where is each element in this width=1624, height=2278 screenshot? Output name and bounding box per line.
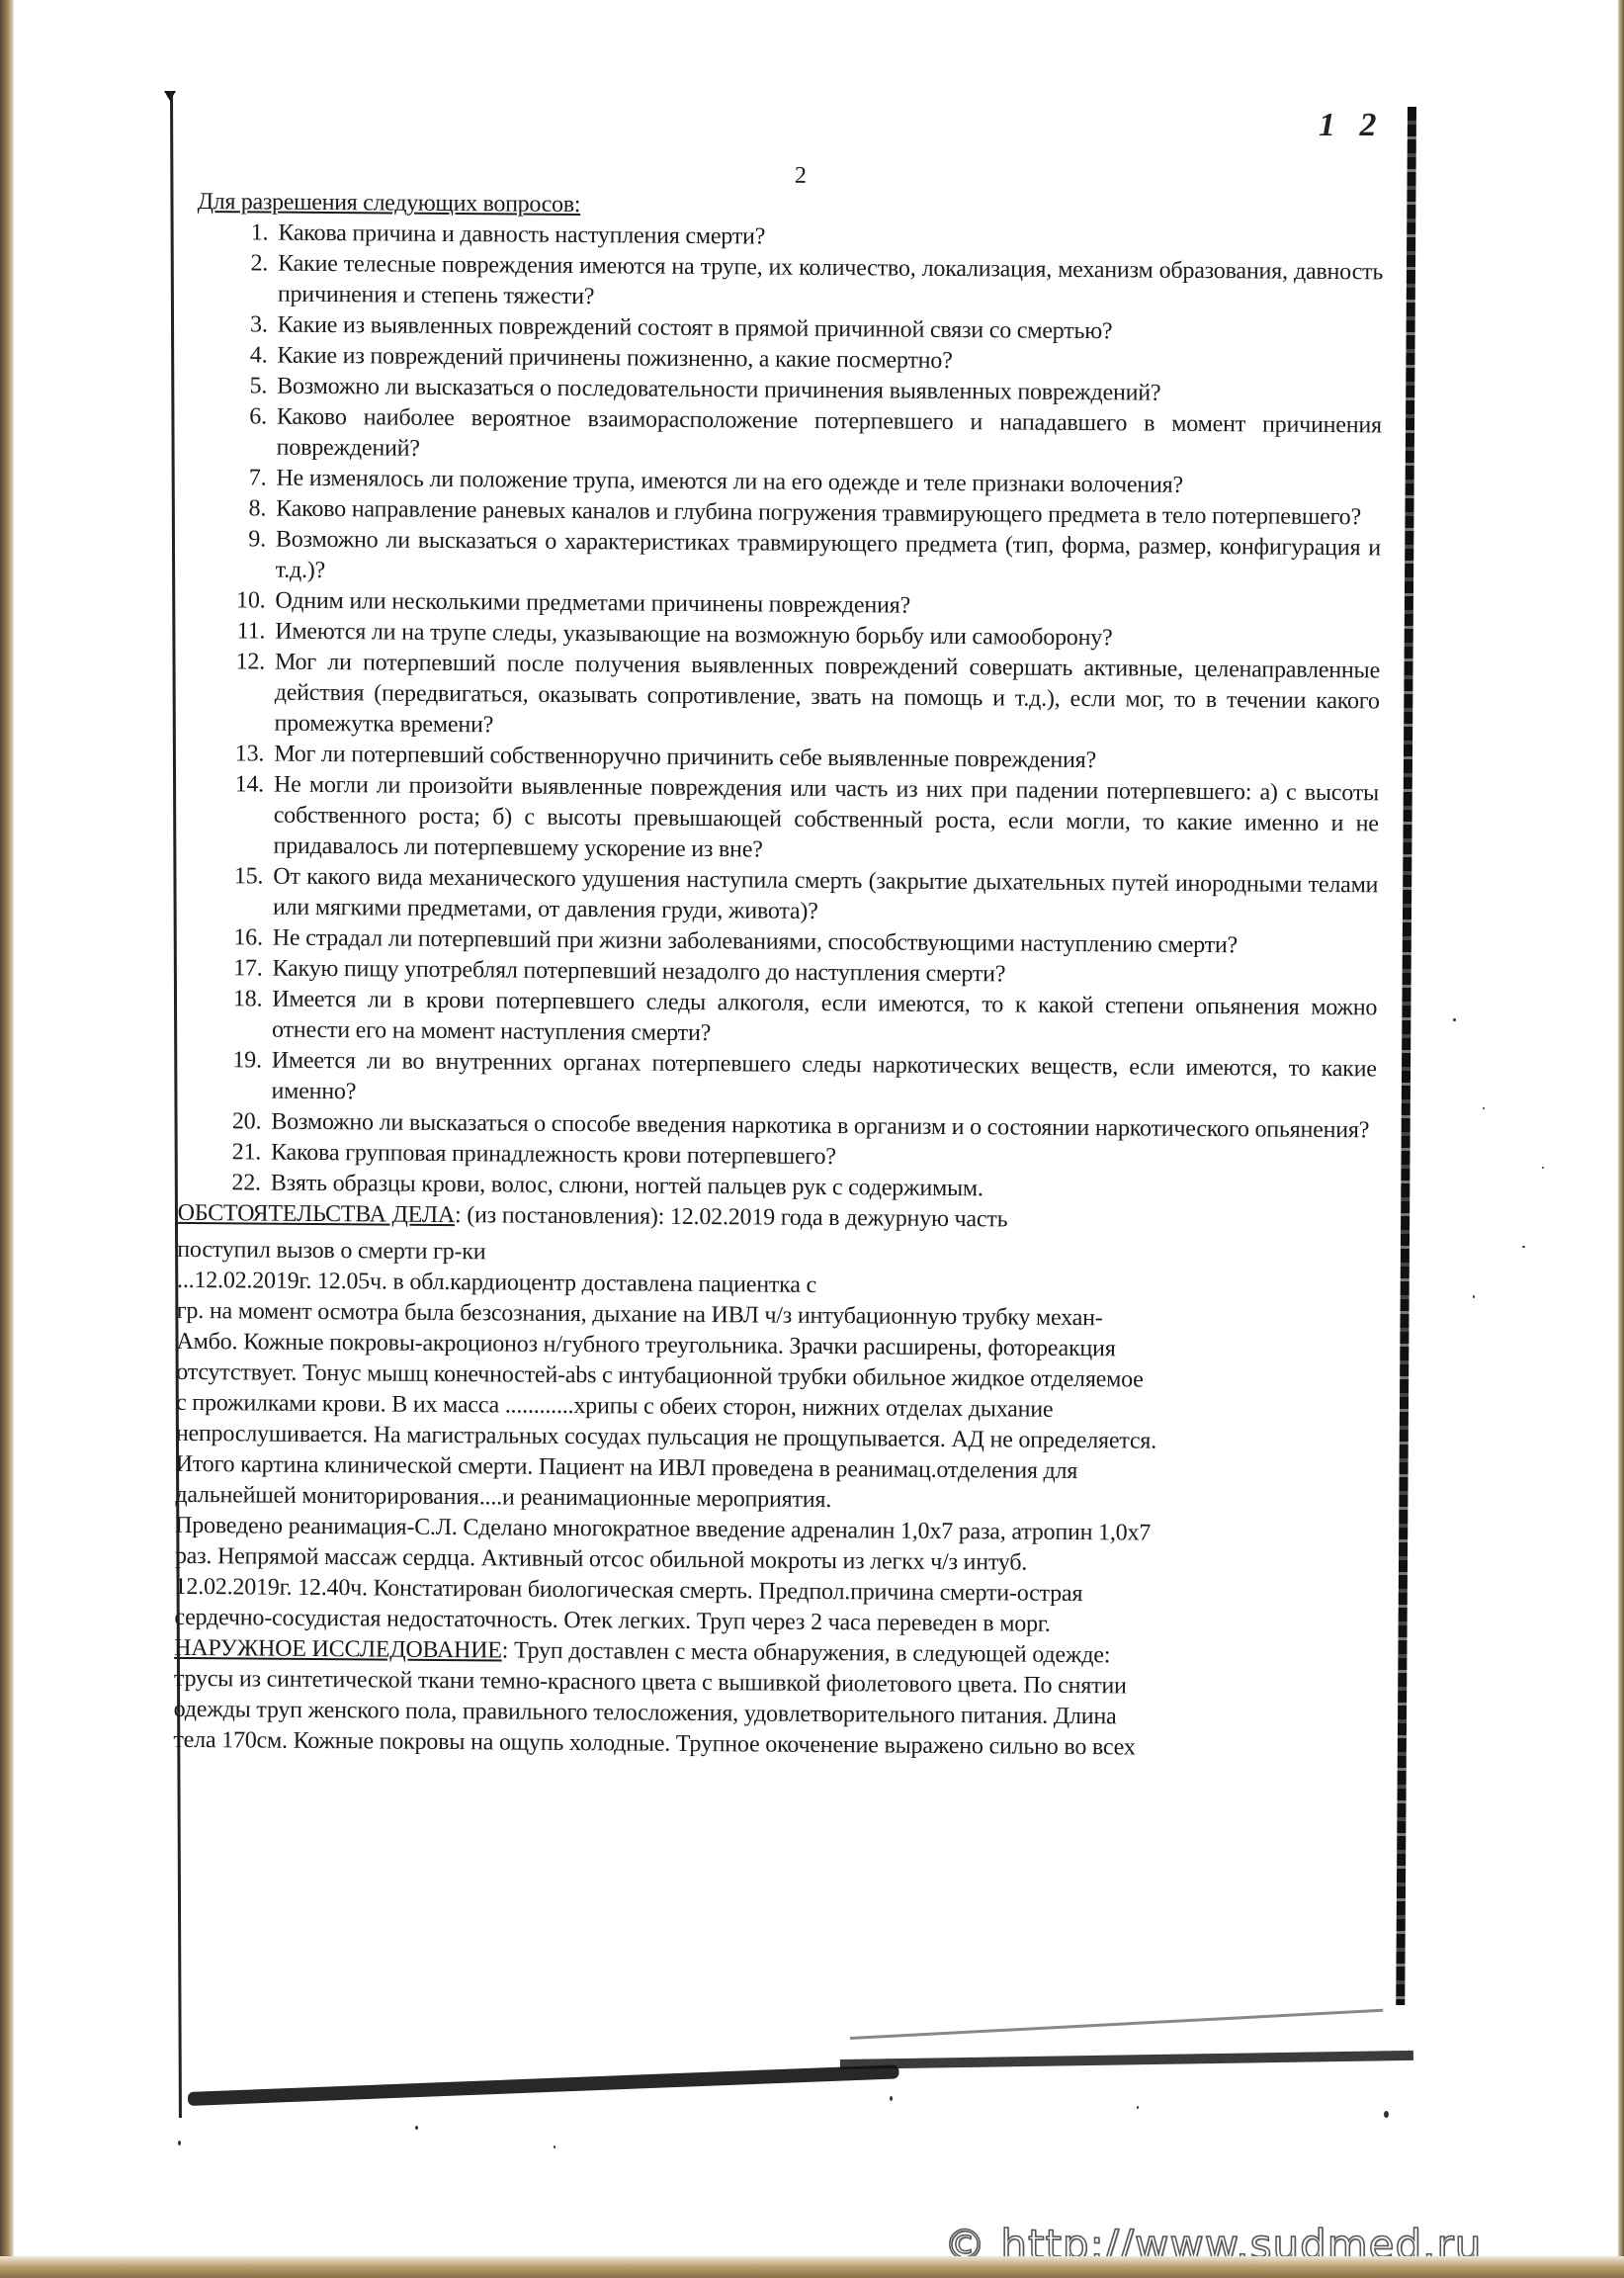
question-number: 19.	[190, 1045, 271, 1107]
question-number: 18.	[191, 984, 272, 1046]
question-number: 3.	[197, 309, 278, 341]
question-number: 6.	[196, 401, 277, 464]
questions-list: 1.Какова причина и давность наступления …	[190, 218, 1384, 1207]
question-number: 9.	[195, 524, 276, 586]
external-exam-lead: : Труп доставлен с места обнаружения, в …	[502, 1637, 1111, 1668]
question-text: Какие телесные повреждения имеются на тр…	[278, 249, 1383, 319]
question-number: 1.	[197, 218, 278, 249]
question-number: 17.	[191, 953, 272, 985]
circumstances-heading: ОБСТОЯТЕЛЬСТВА ДЕЛА	[178, 1200, 456, 1228]
question-number: 13.	[193, 739, 274, 770]
question-number: 12.	[193, 647, 275, 740]
handwritten-sheet-mark: 1 2	[1319, 107, 1385, 144]
circumstances-section: ОБСТОЯТЕЛЬСТВА ДЕЛА: (из постановления):…	[174, 1198, 1375, 1643]
question-number: 5.	[196, 371, 277, 402]
question-text: От какого вида механического удушения на…	[273, 862, 1378, 932]
question-number: 20.	[190, 1106, 271, 1138]
external-exam-section: НАРУЖНОЕ ИССЛЕДОВАНИЕ: Труп доставлен с …	[173, 1633, 1372, 1766]
question-item: 18.Имеется ли в крови потерпевшего следы…	[191, 984, 1377, 1054]
scan-edge-right	[1618, 0, 1624, 2278]
question-number: 2.	[197, 248, 278, 310]
question-number: 15.	[192, 861, 273, 923]
question-number: 11.	[194, 616, 275, 648]
question-number: 4.	[196, 340, 277, 372]
scan-edge-bottom	[0, 2256, 1624, 2278]
question-item: 15.От какого вида механического удушения…	[192, 861, 1378, 931]
question-item: 6.Каково наиболее вероятное взаимораспол…	[196, 401, 1382, 472]
question-item: 19.Имеется ли во внутренних органах поте…	[190, 1045, 1376, 1115]
question-text: Имеется ли во внутренних органах потерпе…	[271, 1046, 1376, 1116]
question-number: 21.	[190, 1137, 271, 1169]
document-body: 2 Для разрешения следующих вопросов: 1.К…	[185, 158, 1384, 1765]
question-item: 12.Мог ли потерпевший после получения вы…	[193, 647, 1380, 747]
question-number: 14.	[192, 769, 274, 862]
question-number: 16.	[192, 922, 273, 954]
question-item: 9.Возможно ли высказаться о характеристи…	[195, 524, 1381, 594]
question-item: 14.Не могли ли произойти выявленные повр…	[192, 769, 1379, 870]
question-text: Возможно ли высказаться о характеристика…	[276, 525, 1381, 595]
question-number: 10.	[194, 585, 275, 617]
question-text: Мог ли потерпевший после получения выявл…	[274, 648, 1380, 748]
question-number: 22.	[190, 1168, 271, 1199]
question-text: Не могли ли произойти выявленные поврежд…	[273, 770, 1379, 871]
question-item: 2.Какие телесные повреждения имеются на …	[197, 248, 1383, 318]
question-number: 7.	[195, 463, 276, 494]
question-number: 8.	[195, 493, 276, 525]
scan-edge-left	[0, 0, 14, 2278]
question-text: Имеется ли в крови потерпевшего следы ал…	[272, 985, 1377, 1055]
external-exam-heading: НАРУЖНОЕ ИССЛЕДОВАНИЕ	[174, 1635, 502, 1664]
question-text: Каково наиболее вероятное взаиморасполож…	[277, 402, 1382, 473]
circumstances-lead: : (из постановления): 12.02.2019 года в …	[455, 1202, 1008, 1232]
